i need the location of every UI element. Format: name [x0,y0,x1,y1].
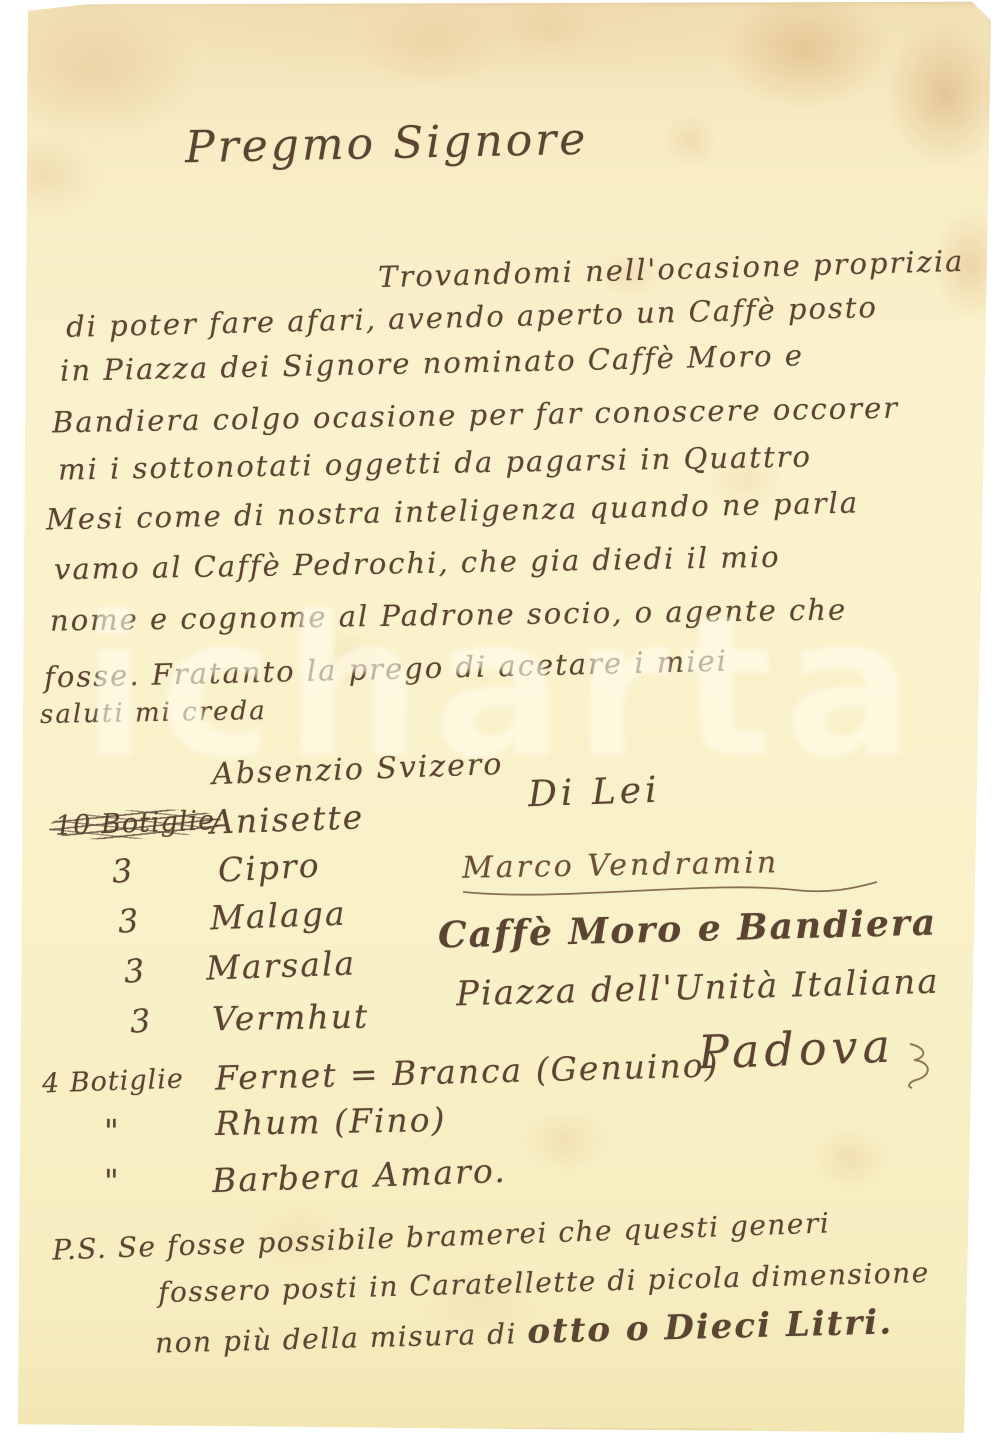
body-line: Bandiera colgo ocasione per far conoscer… [52,391,900,440]
postscript-line: non più della misura di otto o Dieci Lit… [155,1302,894,1361]
postscript-line-prefix: non più della misura di [155,1317,528,1360]
list-item-name: Fernet = Branca (Genuino) [215,1045,720,1097]
list-item-qty: 3 [117,901,141,940]
list-item-name: Malaga [209,894,347,938]
body-line: Mesi come di nostra inteligenza quando n… [46,485,860,536]
list-item-qty-ditto: " [104,1162,120,1200]
body-line: saluti mi creda [40,696,267,730]
body-line: fosse. Fratanto la prego di acetare i mi… [44,644,729,695]
business-name: Caffè Moro e Bandiera [438,901,938,956]
list-item-name: Cipro [217,845,321,889]
list-item-name: Rhum (Fino) [215,1100,447,1143]
list-item-qty-crossed-out: 10 Botiglie [55,805,216,842]
list-item-name: Absenzio Svizero [211,747,503,792]
postscript-emphasis: otto o Dieci Litri. [527,1302,894,1352]
list-item-qty: 3 [129,1001,153,1040]
salutation: Pregmo Signore [185,114,589,173]
valediction: Di Lei [527,770,661,816]
body-line: mi i sottonotati oggetti da pagarsi in Q… [58,439,812,486]
body-line: in Piazza dei Signore nominato Caffè Mor… [60,338,805,388]
list-item-qty: 3 [111,851,135,890]
list-item-name: Marsala [205,943,356,987]
list-item-qty: 4 Botiglie [42,1064,185,1100]
list-item-name: Barbera Amaro. [211,1151,507,1200]
list-item-qty: 3 [123,951,147,990]
city-name: Padova [697,1019,896,1080]
ink-flourish [902,1040,938,1094]
postscript-line: P.S. Se fosse possibile bramerei che que… [52,1206,831,1266]
list-item-name: Vermhut [212,997,370,1039]
paper-crease [30,1428,750,1430]
list-item-name: Anisette [209,797,364,841]
business-address: Piazza dell'Unità Italiana [456,962,941,1015]
list-item-qty-ditto: " [104,1112,120,1150]
body-line: nome e cognome al Padrone socio, o agent… [50,592,848,637]
body-line: vamo al Caffè Pedrochi, che gia diedi il… [54,540,781,587]
letter-paper: Pregmo Signore Trovandomi nell'ocasione … [0,0,1000,1443]
postscript-line: fossero posti in Caratellette di picola … [158,1256,930,1309]
scanned-letter-page: Pregmo Signore Trovandomi nell'ocasione … [0,0,1000,1443]
body-line: di poter fare afari, avendo aperto un Ca… [66,290,879,344]
body-line: Trovandomi nell'ocasione proprizia [378,244,965,294]
